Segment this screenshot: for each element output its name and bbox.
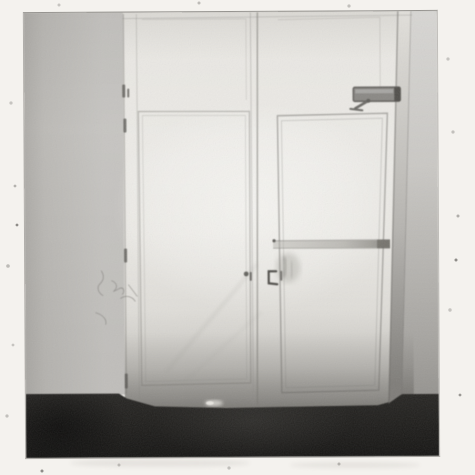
photo-streaks [165,264,262,389]
right-door-panel [277,17,389,393]
paper-smudge [290,462,420,468]
frame-lines [123,11,414,405]
paper-smudge [70,459,250,467]
push-bar [272,239,390,249]
photo-linework [24,11,439,458]
photo-paper-border [0,0,475,475]
smudge-mark [276,253,300,283]
left-door-panel [138,19,251,386]
door-closer [350,87,400,110]
scratch-marks [95,270,137,324]
photo-scene [24,11,439,458]
threshold-highlight [205,400,223,406]
photograph [23,10,440,459]
paper-speckles [0,0,2,2]
